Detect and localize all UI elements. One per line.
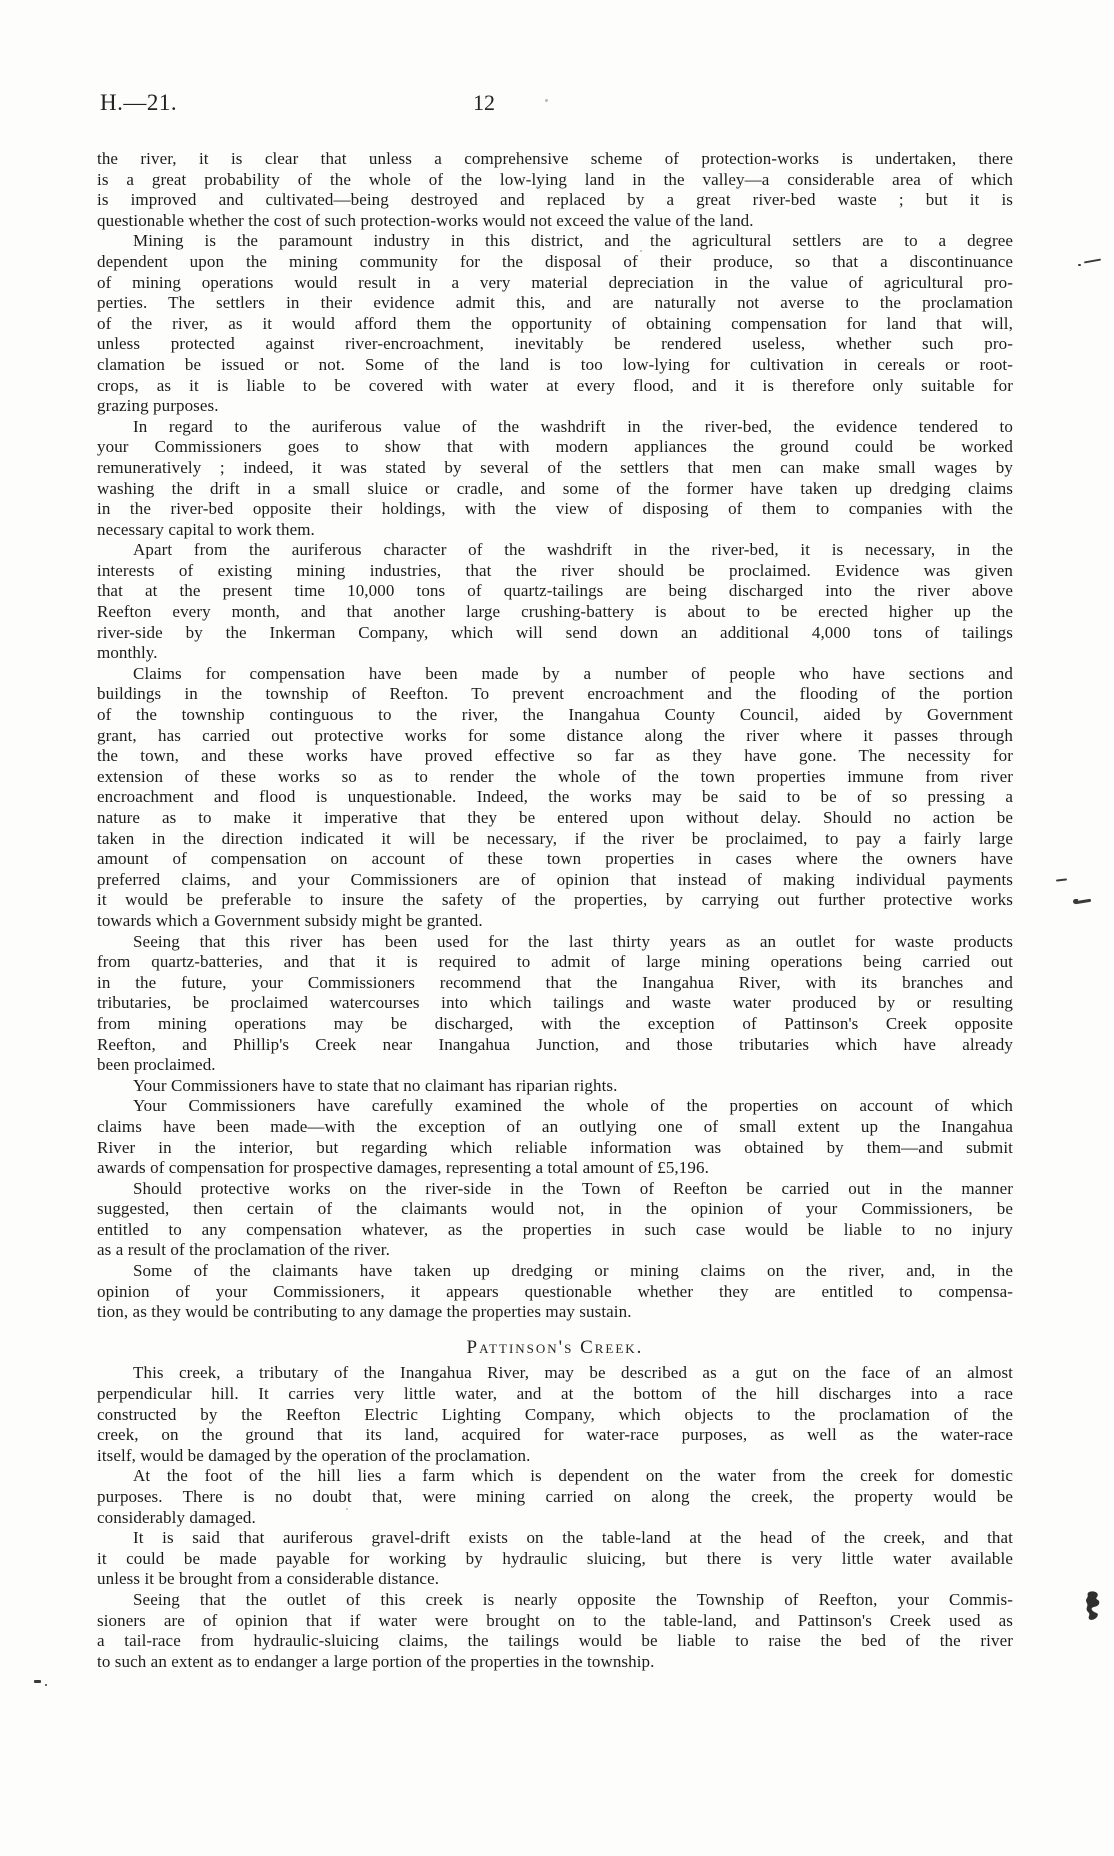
text-line: from mining operations may be discharged… [97,1014,1013,1035]
text-line: purposes. There is no doubt that, were m… [97,1487,1013,1508]
paragraph: Seeing that the outlet of this creek is … [97,1590,1013,1672]
pencil-mark-mid-right-2-head [1073,899,1078,904]
text-line: perties. The settlers in their evidence … [97,293,1013,314]
text-line: Claims for compensation have been made b… [97,664,1013,685]
text-line: Seeing that this river has been used for… [97,932,1013,953]
text-line: of the township continguous to the river… [97,705,1013,726]
text-line: in the river-bed opposite their holdings… [97,499,1013,520]
text-line: grazing purposes. [97,396,1013,417]
text-line: the river, it is clear that unless a com… [97,149,1013,170]
pencil-mark-top-right [1084,259,1101,264]
text-line: creek, on the ground that its land, acqu… [97,1425,1013,1446]
text-line: a tail-race from hydraulic-sluicing clai… [97,1631,1013,1652]
text-line: considerably damaged. [97,1508,1013,1529]
text-line: remuneratively ; indeed, it was stated b… [97,458,1013,479]
pencil-mark-top-right-dot [1078,264,1081,266]
text-line: itself, would be damaged by the operatio… [97,1446,1013,1467]
paragraph: Your Commissioners have carefully examin… [97,1096,1013,1178]
paper-speck [640,250,642,252]
text-line: Reefton, and Phillip's Creek near Inanga… [97,1035,1013,1056]
scanned-document-page: H.—21. 12 the river, it is clear that un… [0,0,1114,1856]
text-line: the town, and these works have proved ef… [97,746,1013,767]
text-line: is a great probability of the whole of t… [97,170,1013,191]
pencil-mark-bottom-left-dot [45,1684,47,1686]
page-number: 12 [452,90,516,116]
text-line: claims have been made—with the exception… [97,1117,1013,1138]
paragraph: Should protective works on the river-sid… [97,1179,1013,1261]
paper-speck [372,156,374,158]
text-line: grant, has carried out protective works … [97,726,1013,747]
text-line: It is said that auriferous gravel-drift … [97,1528,1013,1549]
text-line: suggested, then certain of the claimants… [97,1199,1013,1220]
text-line: in the future, your Commissioners recomm… [97,973,1013,994]
paragraph: It is said that auriferous gravel-drift … [97,1528,1013,1590]
text-line: amount of compensation on account of the… [97,849,1013,870]
text-line: been proclaimed. [97,1055,1013,1076]
document-reference: H.—21. [100,90,177,116]
text-line: opinion of your Commissioners, it appear… [97,1282,1013,1303]
paper-speck [346,1508,348,1510]
pencil-mark-mid-right-1 [1056,878,1067,881]
text-line: that at the present time 10,000 tons of … [97,581,1013,602]
text-line: crops, as it is liable to be covered wit… [97,376,1013,397]
text-line: your Commissioners goes to show that wit… [97,437,1013,458]
text-line: River in the interior, but regarding whi… [97,1138,1013,1159]
pencil-mark-bottom-left [34,1680,41,1683]
text-line: extension of these works so as to render… [97,767,1013,788]
text-line: This creek, a tributary of the Inangahua… [97,1363,1013,1384]
text-line: constructed by the Reefton Electric Ligh… [97,1405,1013,1426]
text-line: Mining is the paramount industry in this… [97,231,1013,252]
text-line: preferred claims, and your Commissioners… [97,870,1013,891]
section-heading: Pattinson's Creek. [97,1338,1013,1359]
paragraph: the river, it is clear that unless a com… [97,149,1013,231]
text-line: from quartz-batteries, and that it is re… [97,952,1013,973]
paragraph: This creek, a tributary of the Inangahua… [97,1363,1013,1466]
text-line: necessary capital to work them. [97,520,1013,541]
text-line: tributaries, be proclaimed watercourses … [97,993,1013,1014]
text-line: encroachment and flood is unquestionable… [97,787,1013,808]
text-line: it would be preferable to insure the saf… [97,890,1013,911]
paragraph: At the foot of the hill lies a farm whic… [97,1466,1013,1528]
text-line: At the foot of the hill lies a farm whic… [97,1466,1013,1487]
text-line: dependent upon the mining community for … [97,252,1013,273]
text-line: of the river, as it would afford them th… [97,314,1013,335]
text-line: awards of compensation for prospective d… [97,1158,1013,1179]
paragraph: Claims for compensation have been made b… [97,664,1013,932]
text-line: entitled to any compensation whatever, a… [97,1220,1013,1241]
paragraph: Apart from the auriferous character of t… [97,540,1013,664]
text-line: washing the drift in a small sluice or c… [97,479,1013,500]
text-line: Your Commissioners have to state that no… [97,1076,1013,1097]
text-line: Some of the claimants have taken up dred… [97,1261,1013,1282]
text-line: monthly. [97,643,1013,664]
text-line: unless it be brought from a considerable… [97,1569,1013,1590]
page-body: the river, it is clear that unless a com… [97,149,1013,1672]
text-line: nature as to make it imperative that the… [97,808,1013,829]
text-line: Reefton every month, and that another la… [97,602,1013,623]
text-line: In regard to the auriferous value of the… [97,417,1013,438]
text-line: it could be made payable for working by … [97,1549,1013,1570]
text-line: taken in the direction indicated it will… [97,829,1013,850]
text-line: Should protective works on the river-sid… [97,1179,1013,1200]
text-line: river-side by the Inkerman Company, whic… [97,623,1013,644]
text-line: of mining operations would result in a v… [97,273,1013,294]
text-line: clamation be issued or not. Some of the … [97,355,1013,376]
text-line: tion, as they would be contributing to a… [97,1302,1013,1323]
text-line: interests of existing mining industries,… [97,561,1013,582]
text-line: as a result of the proclamation of the r… [97,1240,1013,1261]
paragraph: Your Commissioners have to state that no… [97,1076,1013,1097]
text-line: buildings in the township of Reefton. To… [97,684,1013,705]
paragraph: Seeing that this river has been used for… [97,932,1013,1076]
paper-speck [860,1295,862,1297]
ink-blot-bottom-right [1083,1590,1105,1624]
text-line: is improved and cultivated—being destroy… [97,190,1013,211]
paper-speck [545,99,548,102]
paragraph: Mining is the paramount industry in this… [97,231,1013,416]
text-line: questionable whether the cost of such pr… [97,211,1013,232]
text-line: Seeing that the outlet of this creek is … [97,1590,1013,1611]
text-line: perpendicular hill. It carries very litt… [97,1384,1013,1405]
text-line: Your Commissioners have carefully examin… [97,1096,1013,1117]
text-line: sioners are of opinion that if water wer… [97,1611,1013,1632]
paragraph: In regard to the auriferous value of the… [97,417,1013,541]
text-line: Apart from the auriferous character of t… [97,540,1013,561]
text-line: unless protected against river-encroachm… [97,334,1013,355]
text-line: towards which a Government subsidy might… [97,911,1013,932]
paragraph: Some of the claimants have taken up dred… [97,1261,1013,1323]
text-line: to such an extent as to endanger a large… [97,1652,1013,1673]
